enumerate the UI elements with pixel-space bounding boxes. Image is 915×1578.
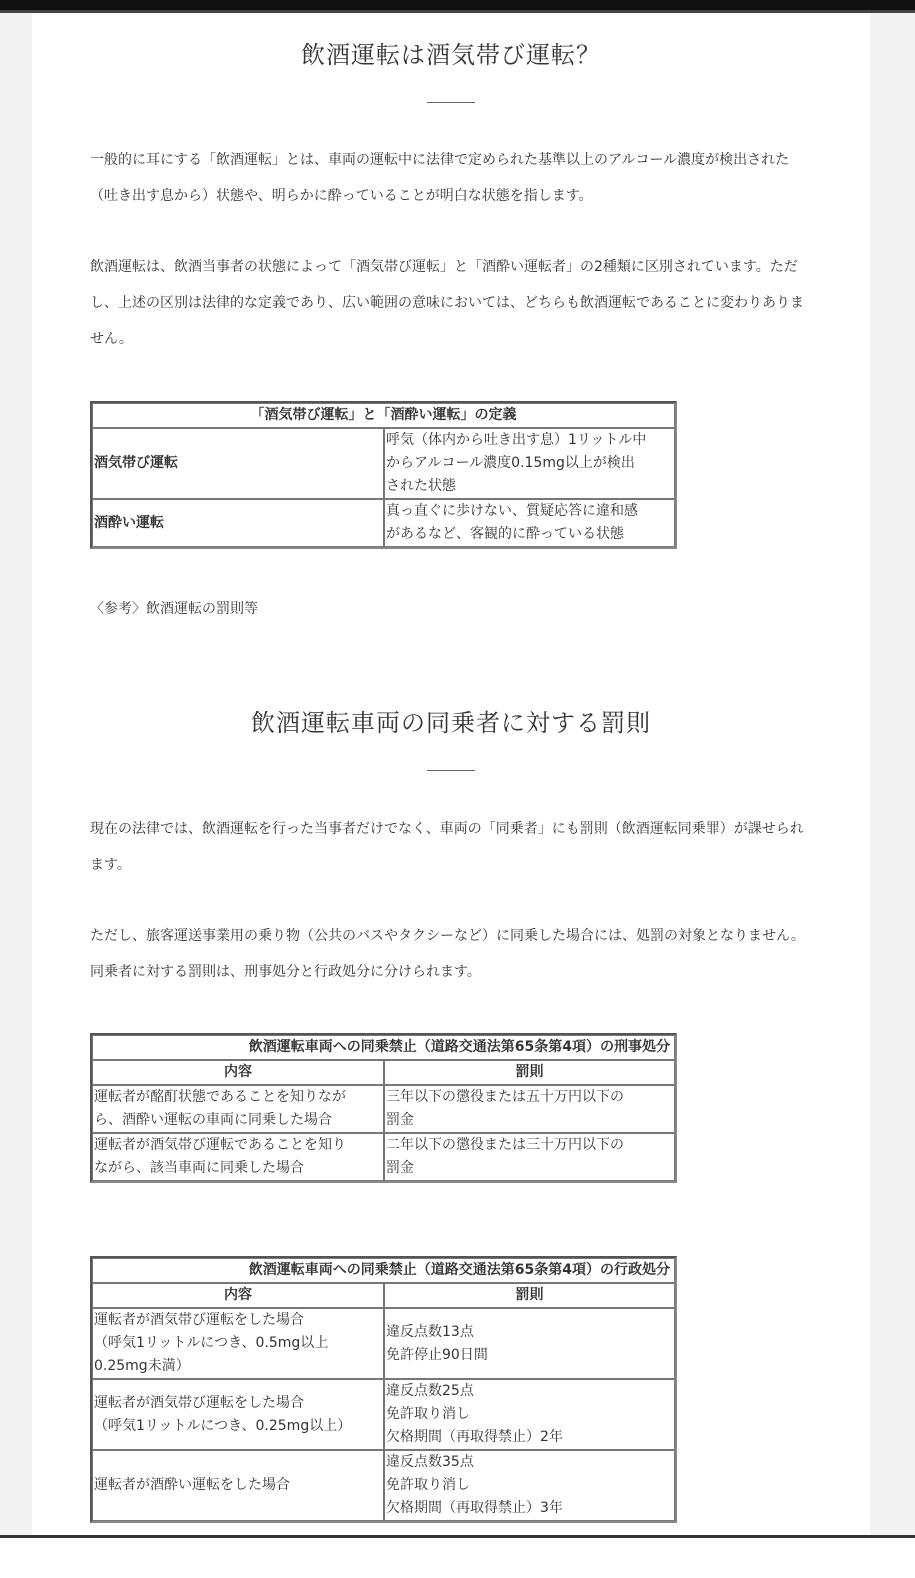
paragraph-definition: 一般的に耳にする「飲酒運転」とは、車両の運転中に法律で定められた基準以上のアルコ…	[90, 142, 815, 214]
penalty-cell: 違反点数13点 免許停止90日間	[384, 1308, 675, 1379]
paragraph-classification: 飲酒運転は、飲酒当事者の状態によって「酒気帯び運転」と「酒酔い運転者」の2種類に…	[90, 249, 815, 357]
below-page-area	[0, 1538, 915, 1578]
content-cell: 運転者が酒酔い運転をした場合	[92, 1450, 384, 1521]
content-cell: 運転者が酒気帯び運転をした場合 （呼気1リットルにつき、0.25mg以上）	[92, 1379, 384, 1450]
penalty-cell: 二年以下の懲役または三十万円以下の 罰金	[384, 1133, 675, 1181]
content-cell: 運転者が酒気帯び運転をした場合 （呼気1リットルにつき、0.5mg以上 0.25…	[92, 1308, 384, 1379]
title-divider	[427, 102, 475, 103]
content-cell: 運転者が酒気帯び運転であることを知り ながら、該当車両に同乗した場合	[92, 1133, 384, 1181]
browser-top-bar	[0, 0, 915, 13]
penalty-cell: 違反点数25点 免許取り消し 欠格期間（再取得禁止）2年	[384, 1379, 675, 1450]
table-row: 運転者が酩酊状態であることを知りなが ら、酒酔い運転の車両に同乗した場合 三年以…	[92, 1085, 675, 1133]
criminal-penalty-table: 飲酒運転車両への同乗禁止（道路交通法第65条第4項）の刑事処分 内容 罰則 運転…	[90, 1033, 677, 1183]
penalty-cell: 三年以下の懲役または五十万円以下の 罰金	[384, 1085, 675, 1133]
table-caption: 飲酒運転車両への同乗禁止（道路交通法第65条第4項）の刑事処分	[92, 1035, 675, 1060]
column-header-penalty: 罰則	[384, 1060, 675, 1085]
table-caption: 「酒気帯び運転」と「酒酔い運転」の定義	[92, 403, 675, 428]
column-header-content: 内容	[92, 1283, 384, 1308]
definition-table: 「酒気帯び運転」と「酒酔い運転」の定義 酒気帯び運転 呼気（体内から吐き出す息）…	[90, 401, 677, 549]
section-title-passenger-penalty: 飲酒運転車両の同乗者に対する罰則	[32, 703, 870, 738]
table-row: 運転者が酒気帯び運転をした場合 （呼気1リットルにつき、0.5mg以上 0.25…	[92, 1308, 675, 1379]
term-cell: 酒気帯び運転	[92, 428, 384, 499]
table-caption: 飲酒運転車両への同乗禁止（道路交通法第65条第4項）の行政処分	[92, 1258, 675, 1283]
penalty-cell: 違反点数35点 免許取り消し 欠格期間（再取得禁止）3年	[384, 1450, 675, 1521]
title-divider	[427, 770, 475, 771]
definition-cell: 呼気（体内から吐き出す息）1リットル中 からアルコール濃度0.15mg以上が検出…	[384, 428, 675, 499]
definition-cell: 真っ直ぐに歩けない、質疑応答に違和感 があるなど、客観的に酔っている状態	[384, 499, 675, 547]
paragraph-exception: ただし、旅客運送事業用の乗り物（公共のバスやタクシーなど）に同乗した場合には、処…	[90, 918, 815, 990]
table-row: 酒酔い運転 真っ直ぐに歩けない、質疑応答に違和感 があるなど、客観的に酔っている…	[92, 499, 675, 547]
term-cell: 酒酔い運転	[92, 499, 384, 547]
section-title-drunk-driving: 飲酒運転は酒気帯び運転？	[32, 35, 870, 70]
paragraph-passenger: 現在の法律では、飲酒運転を行った当事者だけでなく、車両の「同乗者」にも罰則（飲酒…	[90, 811, 815, 883]
table-row: 運転者が酒気帯び運転であることを知り ながら、該当車両に同乗した場合 二年以下の…	[92, 1133, 675, 1181]
article-page: 飲酒運転は酒気帯び運転？ 一般的に耳にする「飲酒運転」とは、車両の運転中に法律で…	[32, 13, 870, 1535]
table-row: 運転者が酒気帯び運転をした場合 （呼気1リットルにつき、0.25mg以上） 違反…	[92, 1379, 675, 1450]
reference-link[interactable]: 〈参考〉飲酒運転の罰則等	[90, 598, 258, 618]
content-cell: 運転者が酩酊状態であることを知りなが ら、酒酔い運転の車両に同乗した場合	[92, 1085, 384, 1133]
table-row: 運転者が酒酔い運転をした場合 違反点数35点 免許取り消し 欠格期間（再取得禁止…	[92, 1450, 675, 1521]
column-header-content: 内容	[92, 1060, 384, 1085]
column-header-penalty: 罰則	[384, 1283, 675, 1308]
administrative-penalty-table: 飲酒運転車両への同乗禁止（道路交通法第65条第4項）の行政処分 内容 罰則 運転…	[90, 1256, 677, 1523]
table-row: 酒気帯び運転 呼気（体内から吐き出す息）1リットル中 からアルコール濃度0.15…	[92, 428, 675, 499]
